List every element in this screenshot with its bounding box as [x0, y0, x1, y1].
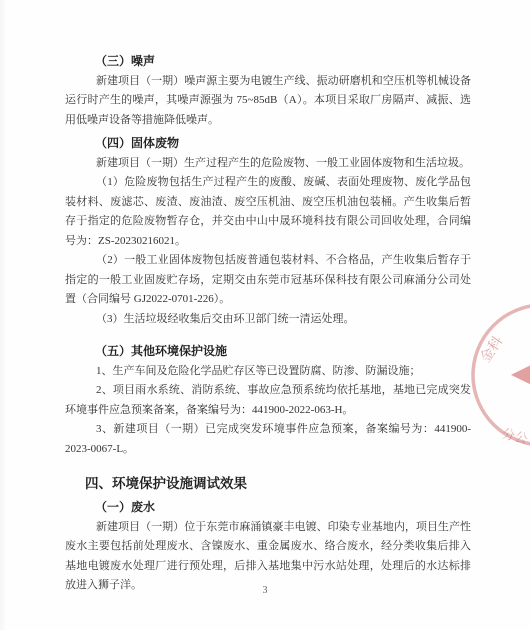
- hazardous-waste-paragraph: （1）危险废物包括生产过程产生的废酸、废碱、表面处理废物、废化学品包装材料、废滤…: [65, 173, 471, 251]
- seal-glyphs-top: 金科: [477, 333, 507, 366]
- noise-paragraph: 新建项目（一期）噪声源主要为电镀生产线、振动研磨机和空压机等机械设备运行时产生的…: [65, 72, 471, 131]
- domestic-garbage-paragraph: （3）生活垃圾经收集后交由环卫部门统一清运处理。: [65, 310, 471, 330]
- solid-waste-intro-paragraph: 新建项目（一期）生产过程产生的危险废物、一般工业固体废物和生活垃圾。: [65, 154, 471, 174]
- page-number: 3: [0, 585, 530, 596]
- section-heading-other-facilities: （五）其他环境保护设施: [65, 342, 471, 362]
- seal-star-icon: [504, 335, 530, 408]
- section-heading-wastewater: （一）废水: [65, 498, 471, 518]
- general-industrial-waste-paragraph: （2）一般工业固体废物包括废普通包装材料、不合格品，产生收集后暂存于指定的一般工…: [65, 251, 471, 310]
- document-page: （三）噪声 新建项目（一期）噪声源主要为电镀生产线、振动研磨机和空压机等机械设备…: [0, 0, 530, 630]
- project-emergency-plan-paragraph: 3、新建项目（一期）已完成突发环境事件应急预案，备案编号为：441900-202…: [65, 420, 471, 459]
- chapter-heading-debug-results: 四、环境保护设施调试效果: [65, 473, 471, 494]
- wastewater-paragraph: 新建项目（一期）位于东莞市麻涌镇豪丰电镀、印染专业基地内，项目生产性废水主要包括…: [65, 518, 471, 596]
- document-content: （三）噪声 新建项目（一期）噪声源主要为电镀生产线、振动研磨机和空压机等机械设备…: [65, 48, 471, 596]
- anticorrosion-facilities-paragraph: 1、生产车间及危险化学品贮存区等已设置防腐、防渗、防漏设施；: [65, 362, 471, 382]
- section-heading-solid-waste: （四）固体废物: [65, 134, 471, 154]
- base-emergency-plan-paragraph: 2、项目雨水系统、消防系统、事故应急预系统均依托基地，基地已完成突发环境事件应急…: [65, 381, 471, 420]
- seal-glyphs-bottom: 分公: [500, 427, 529, 448]
- section-heading-noise: （三）噪声: [65, 52, 471, 72]
